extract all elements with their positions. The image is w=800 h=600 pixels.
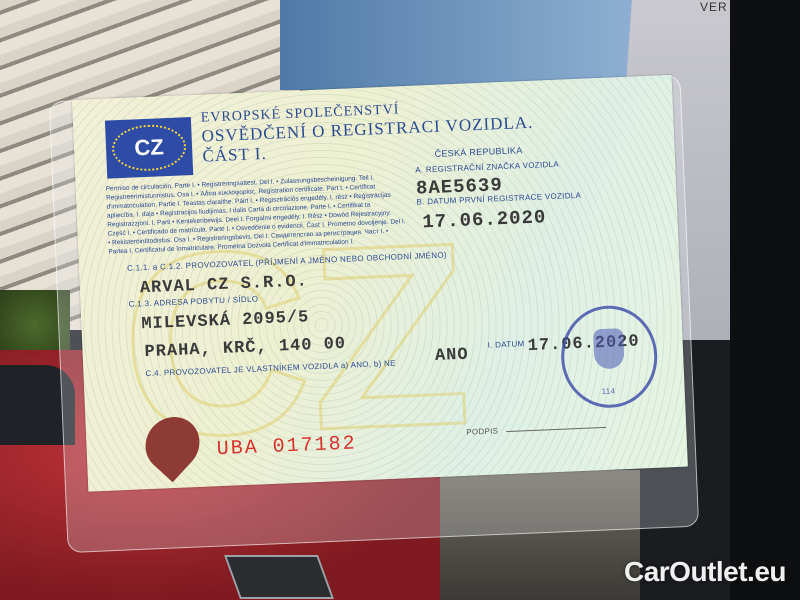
field-i-label: I. DATUM (487, 339, 524, 350)
coat-of-arms-icon (593, 328, 625, 369)
signature-label: PODPIS (466, 426, 498, 436)
stamp-number: 114 (601, 387, 615, 397)
owner-value: ANO (435, 346, 469, 366)
translations-text: Permiso de circulación. Parte I. • Regis… (106, 172, 409, 256)
background-dark-edge (730, 0, 800, 600)
site-watermark: CarOutlet.eu (624, 556, 786, 588)
eu-stars-icon (111, 123, 187, 172)
brochure-text: VER (700, 0, 728, 14)
eu-flag-icon: CZ (105, 117, 193, 179)
background-sky (280, 0, 640, 90)
car-headlight (224, 555, 334, 599)
registration-certificate: CZ CZ EVROPSKÉ SPOLEČENSTVÍ OSVĚDČENÍ O … (72, 75, 688, 492)
